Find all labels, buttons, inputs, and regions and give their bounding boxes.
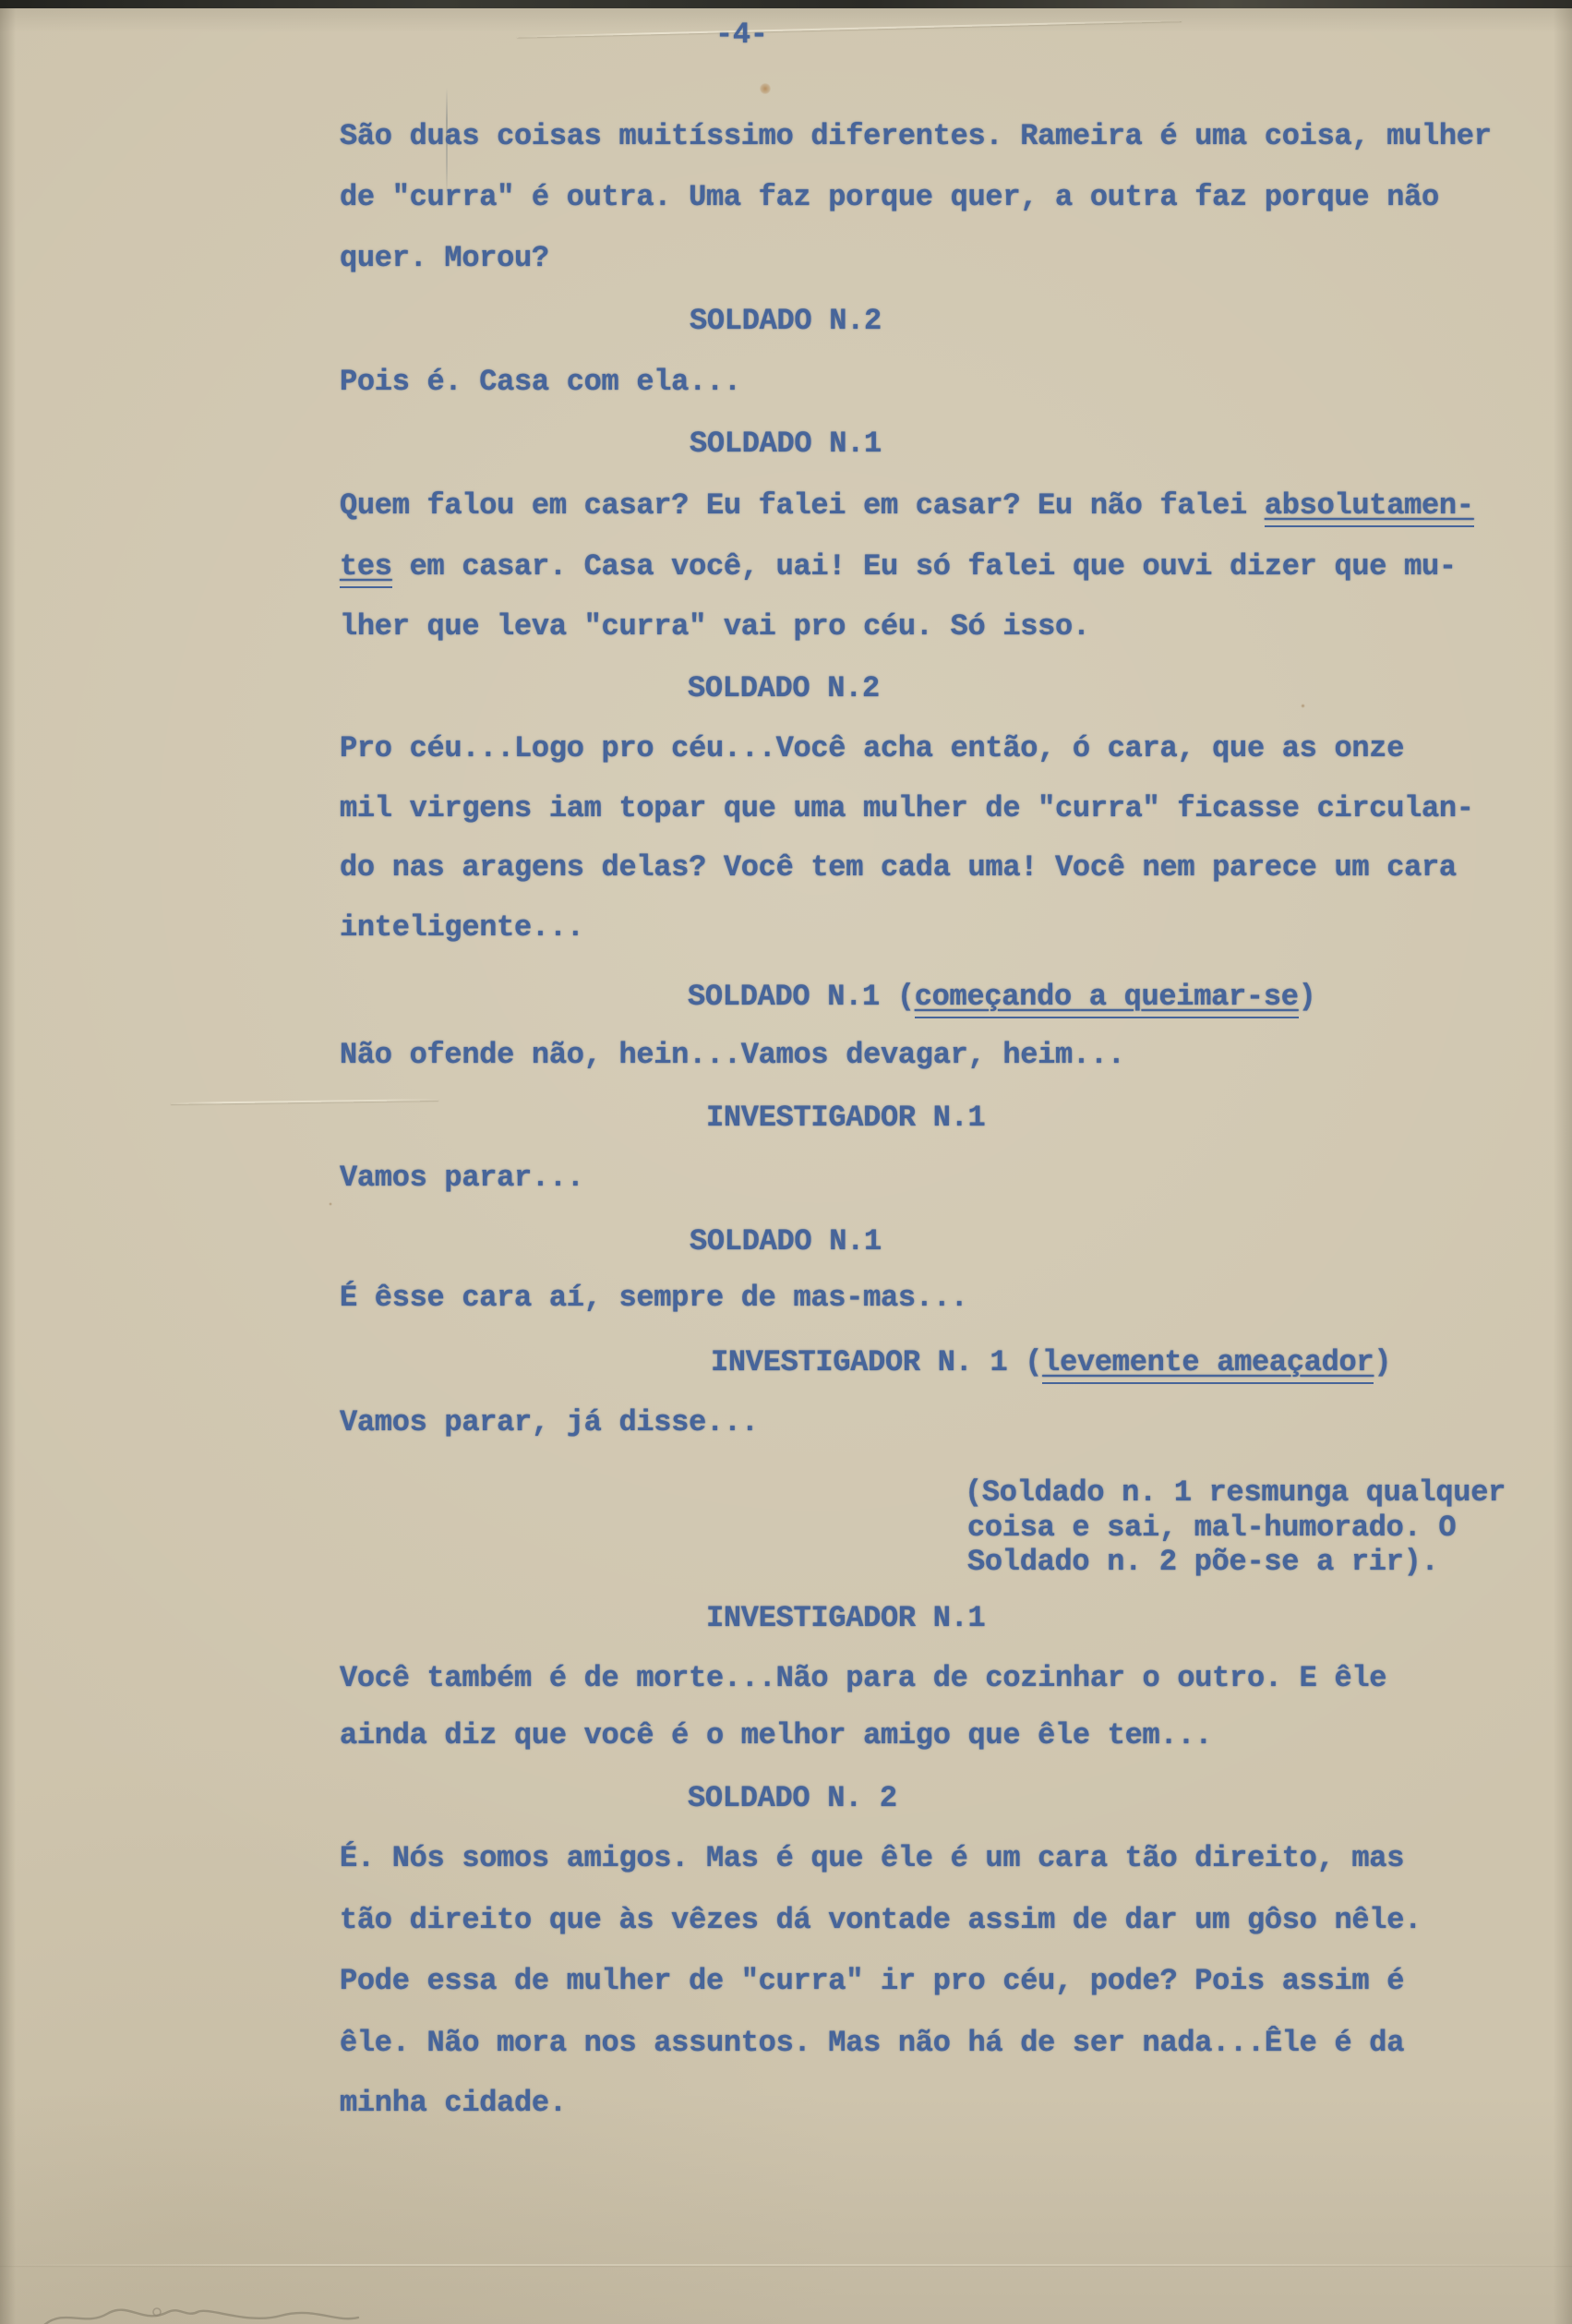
text-segment: começando a queimar-se bbox=[915, 980, 1299, 1018]
dialogue-line: Vamos parar, já disse... bbox=[340, 1406, 759, 1440]
dialogue-line: Pode essa de mulher de "curra" ir pro cé… bbox=[340, 1965, 1404, 1999]
text-segment: ainda diz que você é o melhor amigo que … bbox=[340, 1718, 1212, 1752]
text-segment: coisa e sai, mal-humorado. O bbox=[967, 1511, 1456, 1545]
text-segment: SOLDADO N.1 ( bbox=[688, 980, 915, 1014]
character-heading: SOLDADO N.1 bbox=[690, 427, 882, 462]
dialogue-line: ainda diz que você é o melhor amigo que … bbox=[340, 1719, 1212, 1753]
text-segment: lher que leva "curra" vai pro céu. Só is… bbox=[340, 609, 1090, 644]
text-segment: Vamos parar... bbox=[340, 1161, 584, 1195]
stage-direction-line: (Soldado n. 1 resmunga qualquer bbox=[965, 1476, 1506, 1511]
text-segment: minha cidade. bbox=[340, 2086, 567, 2120]
dialogue-line: lher que leva "curra" vai pro céu. Só is… bbox=[340, 610, 1090, 644]
dialogue-line: êle. Não mora nos assuntos. Mas não há d… bbox=[340, 2027, 1404, 2061]
character-heading: INVESTIGADOR N.1 bbox=[706, 1102, 985, 1136]
text-segment: do nas aragens delas? Você tem cada uma!… bbox=[340, 850, 1457, 885]
dialogue-line: É. Nós somos amigos. Mas é que êle é um … bbox=[340, 1842, 1404, 1876]
text-segment: SOLDADO N. 2 bbox=[688, 1781, 897, 1815]
dialogue-line: minha cidade. bbox=[340, 2087, 567, 2121]
text-segment: Pois é. Casa com ela... bbox=[340, 365, 741, 399]
dialogue-line: de "curra" é outra. Uma faz porque quer,… bbox=[340, 181, 1439, 215]
dialogue-line: Pro céu...Logo pro céu...Você acha então… bbox=[340, 732, 1404, 766]
text-segment: em casar. Casa você, uai! Eu só falei qu… bbox=[392, 549, 1457, 584]
pencil-scribble bbox=[39, 2301, 362, 2324]
dialogue-line: Pois é. Casa com ela... bbox=[340, 366, 741, 400]
dialogue-line: Você também é de morte...Não para de coz… bbox=[340, 1662, 1386, 1696]
text-segment: Não ofende não, hein...Vamos devagar, he… bbox=[340, 1038, 1125, 1072]
paper-stain bbox=[760, 83, 771, 94]
text-segment: mil virgens iam topar que uma mulher de … bbox=[340, 791, 1474, 825]
character-heading: INVESTIGADOR N.1 bbox=[706, 1602, 985, 1636]
character-heading: SOLDADO N.2 bbox=[690, 305, 882, 339]
text-segment: SOLDADO N.1 bbox=[690, 1224, 882, 1258]
script-page: -4- São duas coisas muitíssimo diferente… bbox=[0, 0, 1572, 2324]
text-segment: É. Nós somos amigos. Mas é que êle é um … bbox=[340, 1841, 1404, 1875]
paper-crease bbox=[517, 19, 1182, 38]
dialogue-line: tão direito que às vêzes dá vontade assi… bbox=[340, 1904, 1422, 1938]
text-segment: São duas coisas muitíssimo diferentes. R… bbox=[340, 119, 1492, 153]
stage-direction-line: Soldado n. 2 põe-se a rir). bbox=[967, 1546, 1438, 1580]
text-segment: INVESTIGADOR N. 1 ( bbox=[711, 1345, 1042, 1379]
character-heading: SOLDADO N.1 bbox=[690, 1225, 882, 1259]
paper-speck bbox=[329, 1202, 332, 1206]
text-segment: INVESTIGADOR N.1 bbox=[706, 1601, 985, 1635]
text-segment: Quem falou em casar? Eu falei em casar? … bbox=[340, 488, 1265, 523]
scan-edge-top bbox=[0, 0, 1572, 8]
text-segment: Você também é de morte...Não para de coz… bbox=[340, 1661, 1386, 1695]
dialogue-line: É êsse cara aí, sempre de mas-mas... bbox=[340, 1282, 968, 1316]
dialogue-line: mil virgens iam topar que uma mulher de … bbox=[340, 792, 1474, 826]
stage-direction-line: coisa e sai, mal-humorado. O bbox=[967, 1511, 1456, 1546]
text-segment: Soldado n. 2 põe-se a rir). bbox=[967, 1545, 1438, 1579]
text-segment: inteligente... bbox=[340, 910, 584, 945]
dialogue-line: São duas coisas muitíssimo diferentes. R… bbox=[340, 120, 1492, 154]
text-segment: Pode essa de mulher de "curra" ir pro cé… bbox=[340, 1964, 1404, 1998]
text-segment: É êsse cara aí, sempre de mas-mas... bbox=[340, 1281, 968, 1315]
text-segment: absolutamen- bbox=[1265, 488, 1474, 527]
text-segment: ) bbox=[1374, 1345, 1391, 1379]
page-number: -4- bbox=[715, 18, 768, 53]
text-segment: êle. Não mora nos assuntos. Mas não há d… bbox=[340, 2026, 1404, 2060]
text-segment: tes bbox=[340, 549, 392, 588]
text-segment: Vamos parar, já disse... bbox=[340, 1405, 759, 1439]
text-segment: INVESTIGADOR N.1 bbox=[706, 1101, 985, 1135]
character-heading: SOLDADO N.1 (começando a queimar-se) bbox=[688, 981, 1316, 1015]
text-segment: Pro céu...Logo pro céu...Você acha então… bbox=[340, 731, 1404, 765]
text-segment: quer. Morou? bbox=[340, 241, 549, 275]
text-segment: SOLDADO N.2 bbox=[688, 671, 880, 705]
dialogue-line: Não ofende não, hein...Vamos devagar, he… bbox=[340, 1039, 1125, 1073]
paper-speck bbox=[1301, 704, 1305, 708]
character-heading: INVESTIGADOR N. 1 (levemente ameaçador) bbox=[711, 1346, 1391, 1380]
character-heading: SOLDADO N.2 bbox=[688, 672, 880, 706]
dialogue-line: quer. Morou? bbox=[340, 242, 549, 276]
text-segment: de "curra" é outra. Uma faz porque quer,… bbox=[340, 180, 1439, 214]
text-segment: ) bbox=[1299, 980, 1316, 1014]
paper-crease bbox=[0, 2264, 1572, 2266]
text-segment: (Soldado n. 1 resmunga qualquer bbox=[965, 1475, 1506, 1510]
text-segment: SOLDADO N.2 bbox=[690, 304, 882, 338]
dialogue-line: Quem falou em casar? Eu falei em casar? … bbox=[340, 489, 1474, 524]
text-segment: levemente ameaçador bbox=[1042, 1345, 1374, 1384]
dialogue-line: tes em casar. Casa você, uai! Eu só fale… bbox=[340, 550, 1457, 584]
paper-crease bbox=[171, 1099, 438, 1104]
text-segment: SOLDADO N.1 bbox=[690, 427, 882, 461]
text-segment: tão direito que às vêzes dá vontade assi… bbox=[340, 1903, 1422, 1937]
dialogue-line: inteligente... bbox=[340, 911, 584, 945]
dialogue-line: do nas aragens delas? Você tem cada uma!… bbox=[340, 851, 1457, 885]
character-heading: SOLDADO N. 2 bbox=[688, 1782, 897, 1816]
dialogue-line: Vamos parar... bbox=[340, 1162, 584, 1196]
